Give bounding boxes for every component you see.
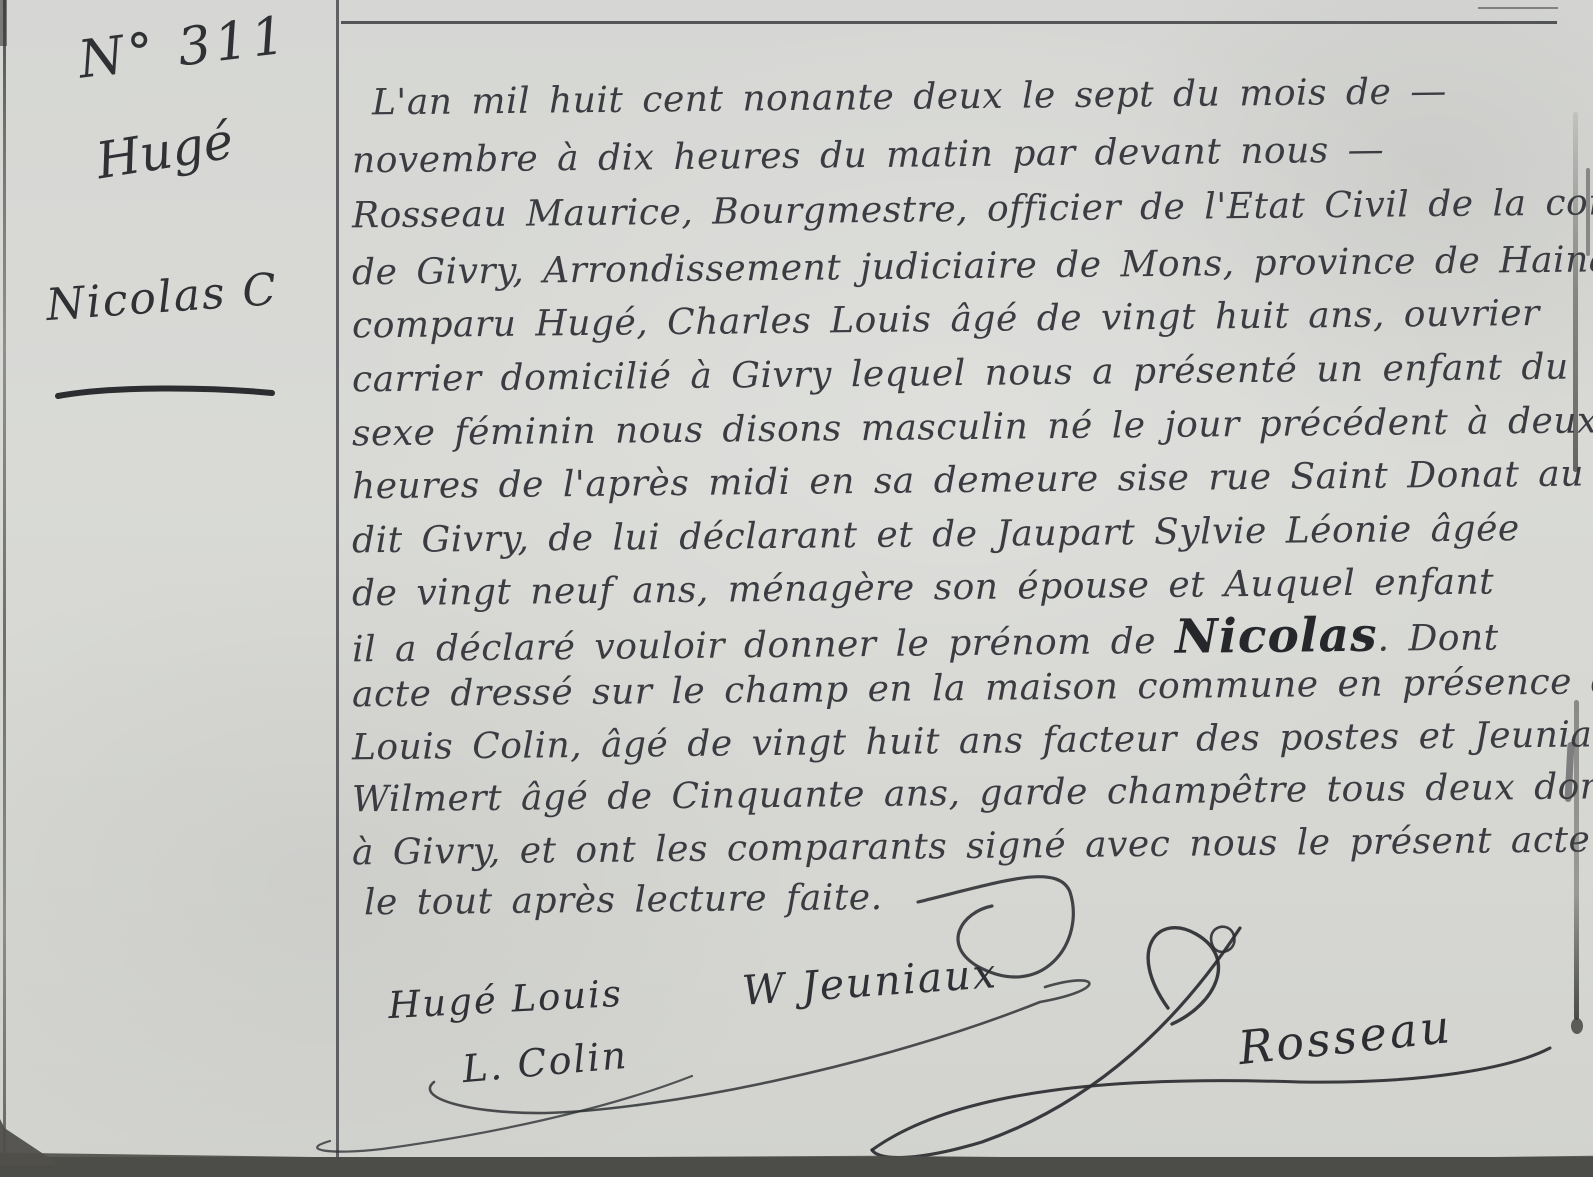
ink-blot [1571,1018,1583,1034]
margin-given-name: Nicolas C [45,264,280,331]
officer-paraph-loop [1148,928,1218,1024]
act-line-6: carrier domicilié à Givry lequel nous a … [352,347,1577,401]
act-line-1: L'an mil huit cent nonante deux le sept … [372,70,1593,124]
signature-officer-rosseau: Rosseau [1236,999,1455,1075]
signature-l-colin: L. Colin [460,1033,629,1091]
officer-paraph-o [1211,927,1234,952]
act-line-13: Louis Colin, âgé de vingt huit ans facte… [352,715,1577,769]
act-line-9: dit Givry, de lui déclarant et de Jaupar… [352,508,1577,562]
signature-huge-louis: Hugé Louis [387,972,624,1027]
act-line-15: à Givry, et ont les comparants signé ave… [352,820,1577,874]
register-page: N° 311 Hugé Nicolas C L'an mil huit cent… [0,0,1593,1177]
page-left-edge [3,0,6,1160]
child-name-emphasis: Nicolas [1175,608,1378,665]
act-top-rule-fragment [1478,7,1558,9]
margin-underline-stroke [58,388,272,396]
fold-mark [1573,112,1578,472]
act-line-11-post: . Dont [1377,617,1499,659]
margin-underline-flourish [50,382,280,404]
act-line-16: le tout après lecture faite. [364,870,1589,924]
act-line-14: Wilmert âgé de Cinquante ans, garde cham… [352,767,1577,821]
margin-surname: Hugé [92,112,237,191]
act-line-10: de vingt neuf ans, ménagère son épouse e… [352,561,1577,615]
fold-mark [1574,700,1579,1020]
page-edge-mark [1586,168,1590,256]
officer-paraph-underline [872,1048,1550,1150]
act-line-8: heures de l'après midi en sa demeure sis… [352,454,1577,508]
act-line-2: novembre à dix heures du matin par devan… [352,128,1577,182]
margin-column-rule [336,0,339,1160]
scan-artifact [0,0,7,46]
page-bottom-edge [0,1157,1593,1177]
act-line-7: sexe féminin nous disons masculin né le … [352,401,1577,455]
act-top-rule [341,21,1557,24]
signature-w-jeuniaux: W Jeuniaux [741,949,1000,1015]
act-line-4: de Givry, Arrondissement judiciaire de M… [352,240,1577,294]
act-number: N° 311 [75,5,292,90]
act-line-11-pre: il a déclaré vouloir donner le prénom de [352,621,1175,671]
act-line-3: Rosseau Maurice, Bourgmestre, officier d… [352,183,1577,237]
act-line-5: comparu Hugé, Charles Louis âgé de vingt… [352,293,1577,347]
